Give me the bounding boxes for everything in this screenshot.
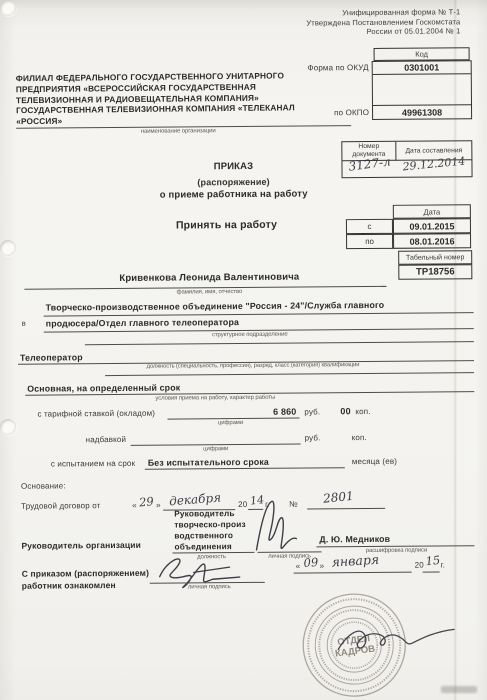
probation-label: с испытанием на срок [51,459,135,469]
order-subject: о приеме работника на работу [109,189,359,202]
conditions-value: Основная, на определенный срок [27,382,180,393]
salary-label: с тарифной ставкой (окладом) [37,409,155,419]
ruled-line [105,372,474,376]
contract-month: декабря [169,490,222,508]
contract-quote-open: « [132,501,137,510]
ack-line2: работник ознакомлен [22,581,116,592]
contract-quote-close: » [156,501,161,510]
code-box: 0301001 49961308 [372,60,472,120]
scanned-order-form-t1: Унифицированная форма № Т-1 Утверждена П… [0,0,487,700]
hire-from-cell: с [346,219,393,234]
department-line2: продюсера/Отдел главного телеоператора [46,317,239,329]
hire-to-cell: по [346,234,393,249]
ack-year: 15 [425,553,441,568]
salary-caption: цифрами [200,420,260,426]
hire-from-value: 09.01.2015 [394,219,470,233]
hire-date-header: Дата [394,205,470,218]
ack-day: 09 [303,555,319,570]
department-line1: Творческо-производственное объединение "… [46,300,385,313]
employee-name: Кривенкова Леонида Валентиновича [59,272,359,285]
order-title: ПРИКАЗ [108,161,358,174]
hire-to-value-cell: 08.01.2016 [393,233,471,249]
conditions-caption: условия приема на работу, характер работ… [120,394,310,401]
bonus-label: надбавкой [86,435,127,445]
employee-caption: фамилия, имя, отчество [109,288,309,296]
position-value: Телеоператор [20,352,83,363]
hire-from-value-cell: 09.01.2015 [393,218,471,234]
contract-day: 29 [138,494,154,509]
hire-date-header-box: Дата [393,204,471,219]
ruled-line [85,341,474,345]
stamp-signature [332,610,460,663]
ack-quote-close: » [320,561,325,570]
contract-label: Трудовой договор от [21,501,100,511]
salary-rub-label: руб. [304,407,320,416]
personnel-number-value-box: ТР18756 [398,264,472,280]
bonus-rub-label: руб. [305,433,321,442]
personnel-number-header-box: Табельный номер [398,250,472,265]
salary-kop-label: коп. [355,407,370,416]
form-content: Унифицированная форма № Т-1 Утверждена П… [0,0,487,700]
ack-year-prefix: 20 [415,561,424,570]
hire-from-label: с [347,220,392,233]
hire-to-value: 08.01.2016 [394,234,470,248]
personnel-number-label: Табельный номер [399,251,471,264]
form-reference: Унифицированная форма № Т-1 Утверждена П… [240,7,460,37]
ruled-line [44,312,474,316]
bonus-kop-label: коп. [352,433,367,442]
organization-caption: наименование организации [58,128,298,136]
basis-label: Основание: [21,481,66,491]
code-header-label: Код [375,48,469,60]
director-name: Д. Ю. Медников [319,534,390,545]
okud-code-value: 0301001 [373,61,471,75]
ack-year-suffix: г. [441,560,446,569]
department-caption: структурное подразделение [150,331,350,339]
probation-value: Без испытательного срока [148,457,269,468]
hire-to-label: по [347,235,392,248]
ack-sign-caption: личная подпись [172,584,247,591]
probation-suffix: месяца (ев) [352,457,397,467]
ack-month: января [331,552,379,570]
salary-kopeks: 00 [340,406,350,416]
okpo-code-value: 49961308 [373,104,471,119]
organization-name: ФИЛИАЛ ФЕДЕРАЛЬНОГО ГОСУДАРСТВЕННОГО УНИ… [16,70,362,128]
ack-quote-open: « [296,562,301,571]
director-signature [248,498,300,556]
salary-amount: 6 860 [250,407,296,418]
order-subtitle: (распоряжение) [109,176,359,188]
ruled-line [145,467,345,470]
code-header-box: Код [374,47,470,61]
contract-number: 2801 [322,489,354,506]
personnel-number-value: ТР18756 [399,265,471,279]
director-label: Руководитель организации [21,541,141,552]
form-reference-line: России от 05.01.2004 № 1 [240,26,460,37]
ruled-line [294,572,412,574]
bonus-caption: цифрами [186,446,246,452]
position-caption: должность (специальность, профессия), ра… [128,363,378,371]
hire-label: Принять на работу [176,219,277,232]
ruled-line [423,571,440,572]
ruled-line [307,508,385,510]
ack-line1: С приказом (распоряжением) [22,569,149,580]
department-prefix: в [22,320,26,329]
